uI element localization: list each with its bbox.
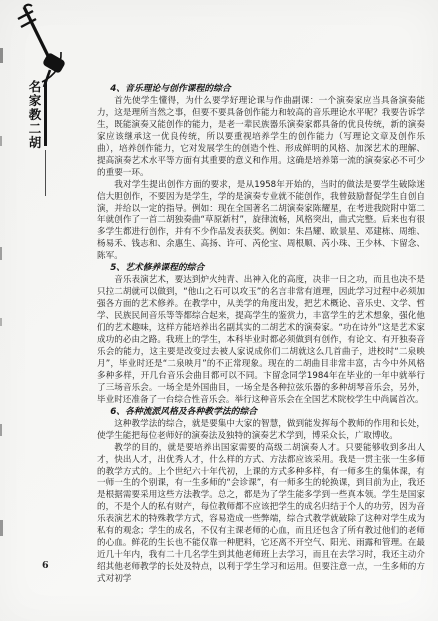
paragraph: 我对学生提出创作方面的要求，是从1958年开始的，当时的做法是要学生破除迷信大胆… (97, 180, 425, 264)
scan-mark (0, 520, 3, 536)
book-page: 名家教二胡 6 4、音乐理论与创作课程的综合 首先使学生懂得，为什么要学好理论课… (0, 0, 438, 621)
sidebar-series-title: 名家教二胡 (25, 80, 43, 150)
paragraph: 音乐表演艺术，要达到炉火纯青、出神入化的高度，决非一日之功，而且也决不是只拉二胡… (97, 275, 425, 406)
section-heading-6: 6、各种流派风格及各种教学法的综合 (97, 407, 425, 419)
paragraph: 这种教学法的综合，就是要集中大家的智慧，做到能发挥每个教师的作用和长处，使学生能… (97, 419, 425, 443)
erhu-illustration-icon (14, 2, 84, 92)
scan-mark (0, 424, 2, 436)
scan-mark (0, 318, 2, 326)
paragraph: 首先使学生懂得，为什么要学好理论课与作曲副课：一个演奏家应当具备演奏能力，这是理… (97, 96, 425, 180)
page-number: 6 (42, 560, 49, 571)
scan-mark (0, 247, 2, 260)
scan-mark (0, 48, 3, 63)
section-heading-5: 5、艺术修养课程的综合 (97, 263, 425, 275)
sidebar-rule-thin (45, 150, 46, 196)
section-heading-4: 4、音乐理论与创作课程的综合 (97, 84, 425, 96)
sidebar-rule-thick (44, 80, 47, 146)
scan-mark (0, 136, 2, 146)
text-column: 4、音乐理论与创作课程的综合 首先使学生懂得，为什么要学好理论课与作曲副课：一个… (97, 84, 425, 586)
paragraph: 教学的目的，就是要培养出国家需要的高级二胡演奏人才。只要能够收到多出人才，快出人… (97, 443, 425, 586)
